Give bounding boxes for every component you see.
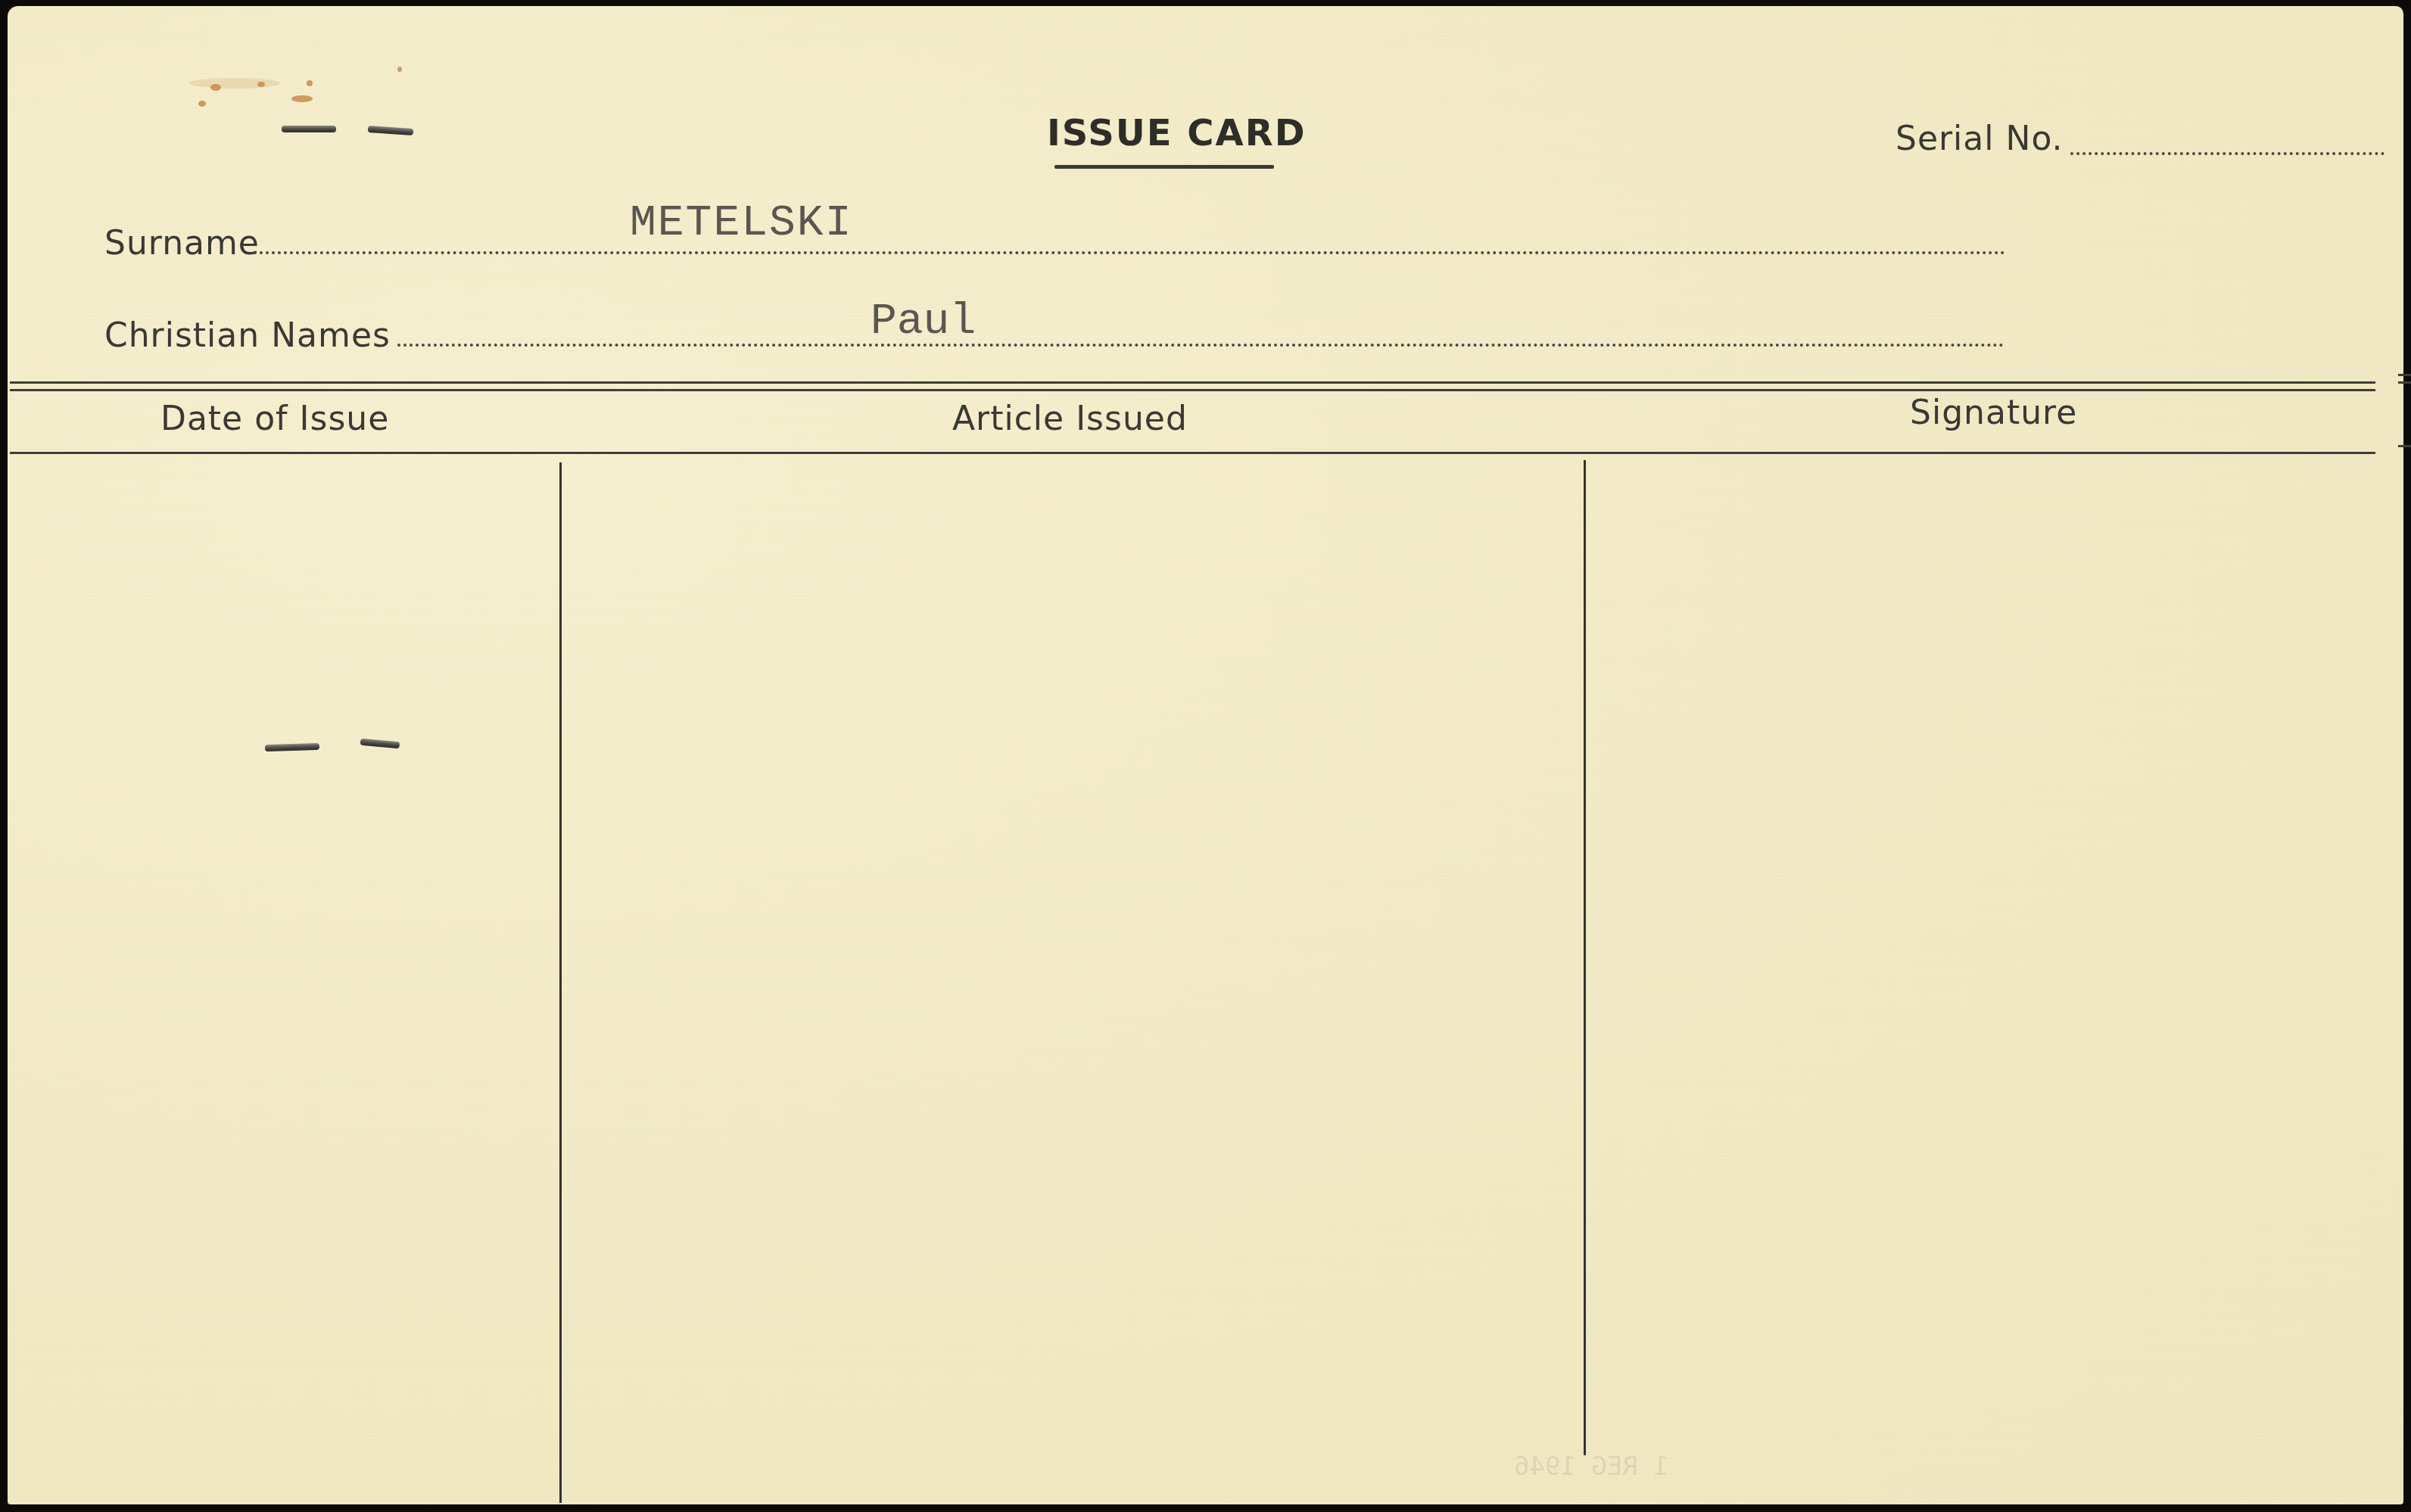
article-issued-column[interactable] [564, 462, 1582, 1499]
rust-stain [307, 80, 313, 86]
staple-icon [282, 126, 336, 132]
staple-icon [368, 126, 413, 135]
column-header-article-issued: Article Issued [952, 400, 1188, 438]
surname-label: Surname [104, 224, 260, 263]
surname-value[interactable]: METELSKI [630, 199, 852, 248]
column-divider [559, 462, 562, 1503]
rust-stain [291, 95, 313, 102]
issue-card: ISSUE CARD Serial No. Surname METELSKI C… [8, 6, 2403, 1504]
christian-names-label: Christian Names [104, 316, 391, 355]
rust-stain [189, 78, 280, 89]
column-header-date-of-issue: Date of Issue [160, 400, 389, 438]
edge-mark [2398, 374, 2411, 376]
header-rule-bottom [10, 452, 2375, 454]
edge-mark [2398, 381, 2411, 384]
bleed-through-stamp: 1 REG 1946 [1514, 1451, 1669, 1482]
rust-stain [198, 101, 206, 107]
edge-mark [2398, 445, 2411, 447]
christian-names-value[interactable]: Paul [871, 297, 976, 347]
column-divider [1584, 460, 1586, 1455]
header-rule-top [10, 381, 2375, 384]
serial-number-field[interactable] [2070, 152, 2385, 155]
signature-column[interactable] [1588, 462, 2398, 1499]
column-header-signature: Signature [1910, 394, 2077, 432]
card-title: ISSUE CARD [1047, 112, 1307, 154]
header-rule-top-double [10, 389, 2375, 391]
serial-number-label: Serial No. [1895, 120, 2064, 158]
rust-stain [397, 67, 402, 72]
date-of-issue-column[interactable] [10, 462, 558, 1499]
surname-field-line [254, 251, 2006, 254]
christian-names-field-line [397, 344, 2004, 347]
title-underline [1054, 165, 1274, 169]
